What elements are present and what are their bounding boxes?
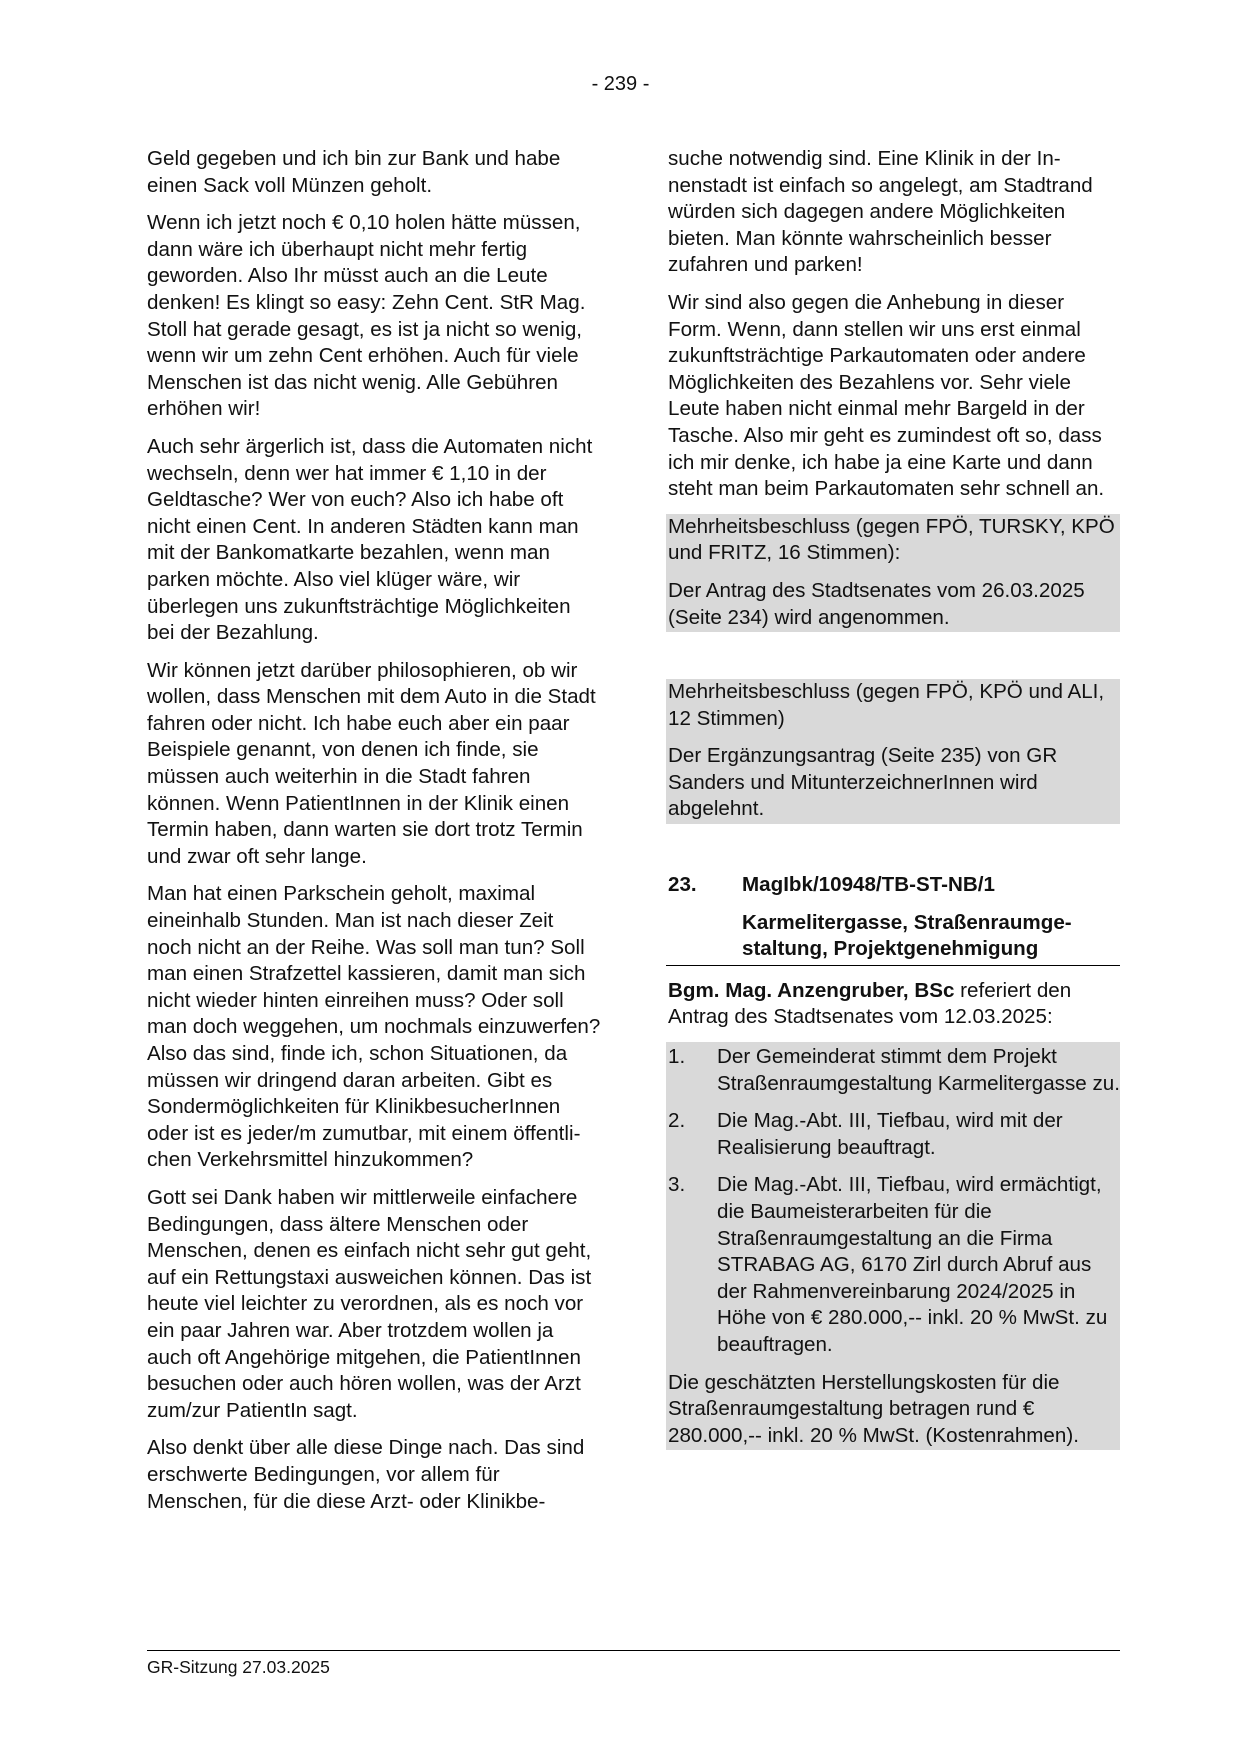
page-number: - 239 - [0,72,1241,96]
resolution-vote: Mehrheitsbeschluss (gegen FPÖ, TURSKY, K… [668,514,1120,567]
agenda-item-title: Karmelitergasse, Straßenraumge­staltung,… [742,910,1120,963]
motion-item-number: 2. [668,1108,717,1161]
motion-item-number: 1. [668,1044,717,1097]
motion-box: 1. Der Gemeinderat stimmt dem Projekt St… [666,1042,1120,1450]
motion-item-number: 3. [668,1172,717,1358]
motion-item-text: Die Mag.-Abt. III, Tiefbau, wird ermäch­… [717,1172,1120,1358]
paragraph: suche notwendig sind. Eine Klinik in der… [668,146,1120,279]
resolution-text: Der Antrag des Stadtsenates vom 26.03.20… [668,578,1120,631]
section-divider [666,965,1120,966]
paragraph: Gott sei Dank haben wir mittlerweile ein… [147,1185,602,1424]
left-column: Geld gegeben und ich bin zur Bank und ha… [147,146,602,1526]
paragraph: Wir sind also gegen die Anhebung in dies… [668,290,1120,503]
paragraph: Geld gegeben und ich bin zur Bank und ha… [147,146,602,199]
paragraph: Wenn ich jetzt noch € 0,10 holen hätte m… [147,210,602,423]
resolution-text: Der Ergänzungsantrag (Seite 235) von GR … [668,743,1120,823]
paragraph: Wir können jetzt darüber philosophieren,… [147,658,602,871]
agenda-item-reference: MagIbk/10948/TB-ST-NB/1 [742,872,995,899]
agenda-item-number: 23. [668,872,742,899]
agenda-item-heading: 23. MagIbk/10948/TB-ST-NB/1 [668,872,1120,899]
motion-item-text: Der Gemeinderat stimmt dem Projekt Straß… [717,1044,1120,1097]
right-column: suche notwendig sind. Eine Klinik in der… [668,146,1120,1450]
motion-item-text: Die Mag.-Abt. III, Tiefbau, wird mit der… [717,1108,1120,1161]
footer-text: GR-Sitzung 27.03.2025 [147,1656,330,1678]
resolution-box-1: Mehrheitsbeschluss (gegen FPÖ, TURSKY, K… [666,514,1120,632]
spacer [668,632,1120,679]
resolution-vote: Mehrheitsbeschluss (gegen FPÖ, KPÖ und A… [668,679,1120,732]
motion-item: 2. Die Mag.-Abt. III, Tiefbau, wird mit … [668,1108,1120,1161]
resolution-box-2: Mehrheitsbeschluss (gegen FPÖ, KPÖ und A… [666,679,1120,824]
paragraph: Also denkt über alle diese Dinge nach. D… [147,1435,602,1515]
motion-item: 1. Der Gemeinderat stimmt dem Projekt St… [668,1044,1120,1097]
speaker-intro: Bgm. Mag. Anzengruber, BSc referiert den… [668,978,1120,1031]
speaker-name: Bgm. Mag. Anzengruber, BSc [668,979,954,1002]
paragraph: Man hat einen Parkschein geholt, maximal… [147,881,602,1174]
paragraph: Auch sehr ärgerlich ist, dass die Automa… [147,434,602,647]
motion-items: 1. Der Gemeinderat stimmt dem Projekt St… [668,1044,1120,1359]
cost-note: Die geschätzten Herstellungskosten für d… [668,1370,1120,1450]
footer-divider [147,1650,1120,1651]
spacer [668,824,1120,872]
motion-item: 3. Die Mag.-Abt. III, Tiefbau, wird ermä… [668,1172,1120,1358]
